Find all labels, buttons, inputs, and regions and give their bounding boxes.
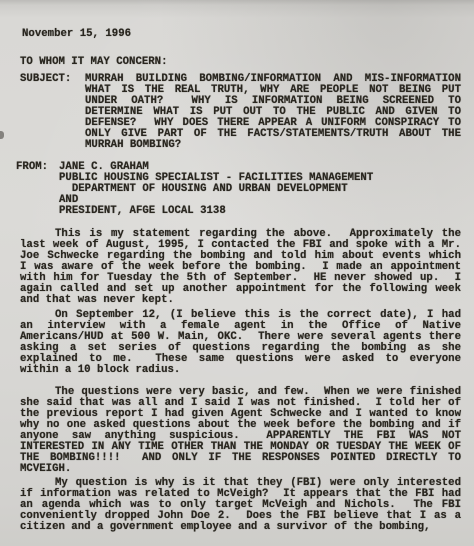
text-line: THE BOMBING!!!! AND ONLY IF THE RESPONSE…: [20, 453, 461, 464]
subject-section: SUBJECT: MURRAH BUILDING BOMBING/INFORMA…: [20, 74, 461, 151]
body-paragraph-2: On September 12, (I believe this is the …: [20, 310, 461, 376]
from-section: FROM: JANE C. GRAHAMPUBLIC HOUSING SPECI…: [16, 162, 461, 217]
from-label: FROM:: [16, 162, 59, 173]
salutation: TO WHOM IT MAY CONCERN:: [20, 57, 168, 68]
text-line: citizen and a government employee and a …: [20, 522, 461, 533]
scanned-letter-page: November 15, 1996 TO WHOM IT MAY CONCERN…: [0, 0, 474, 546]
letter-date: November 15, 1996: [22, 29, 131, 40]
body-paragraph-4: My question is why is it that they (FBI)…: [20, 478, 461, 533]
text-line: MURRAH BOMBING?: [85, 140, 461, 151]
body-paragraph-1: This is my statement regarding the above…: [20, 229, 461, 306]
body-paragraph-3: The questions were very basic, and few. …: [20, 387, 461, 475]
text-line: DEPARTMENT OF HOUSING AND URBAN DEVELOPM…: [59, 184, 461, 195]
text-line: MCVEIGH.: [20, 464, 461, 475]
subject-label: SUBJECT:: [20, 74, 85, 85]
text-line: PRESIDENT, AFGE LOCAL 3138: [59, 206, 461, 217]
subject-text: MURRAH BUILDING BOMBING/INFORMATION AND …: [85, 74, 461, 151]
text-line: within a 10 block radius.: [20, 365, 461, 376]
from-text: JANE C. GRAHAMPUBLIC HOUSING SPECIALIST …: [59, 162, 461, 217]
scan-artifact-mark: [0, 131, 4, 139]
text-line: and that was never kept.: [20, 295, 461, 306]
